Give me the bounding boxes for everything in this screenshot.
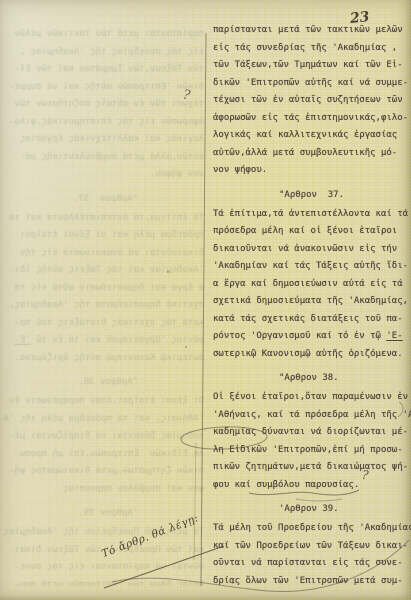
- text-line-bleed: σωτερικῷ Κανονισμῷ αὐτῆς ὁριζόμενα.: [0, 350, 204, 368]
- article-heading-bleed: "Αρθρον 37.: [0, 191, 204, 209]
- text-line: αὐτῶν,ἀλλά μετά συμβουλευτικῆς μό-: [213, 145, 410, 163]
- text-line: λογικάς καί καλλιτεχνικάς ἐργασίας: [213, 127, 410, 145]
- text-line: οῦνται νά παρίστανται εἰς τάς συνε-: [213, 555, 410, 573]
- text-line-bleed: πρόσεδρα μέλη καί οἱ ξένοι ἑταῖροι: [0, 227, 204, 245]
- text-line-bleed: δικαιοῦνται νά ἀνακοινῶσιν εἰς τήν: [0, 245, 204, 263]
- text-line: τῶν Τάξεων,τῶν Τμημάτων καί τῶν Εἰ-: [213, 57, 410, 75]
- text-line: 'Ακαδημίαν καί τάς Τάξεις αὐτῆς ἴδι-: [213, 258, 410, 276]
- text-line: καί τῶν Προεδρείων τῶν Τάξεων δικαι-: [213, 538, 410, 556]
- text-line-bleed: δρίας ὅλων τῶν 'Επιτροπῶν μετά συμ-: [0, 577, 204, 587]
- text-line: λη Εἰδικῶν 'Επιτροπῶν,ἐπί μή προσω-: [213, 442, 410, 460]
- text-line-bleed: λη Εἰδικῶν 'Επιτροπῶν,ἐπί μή προσω-: [0, 446, 204, 464]
- text-line: ἀφορωσῶν εἰς τάς ἐπιστημονικάς,φιλο-: [213, 110, 410, 128]
- text-line-bleed: εἰς τάς συνεδρίας τῆς 'Ακαδημίας ,: [0, 44, 204, 62]
- text-line-bleed: νον ψήφου.: [0, 166, 204, 184]
- text-line-bleed: Τά ἐπίτιμα,τά ἀντεπιστέλλοντα καί τά: [0, 210, 204, 228]
- text-line-bleed: σχετικά δημοσιεύματα τῆς 'Ακαδημίας,: [0, 297, 204, 315]
- text-line: 'Αθήναις, καί τά πρόσεδρα μέλη τῆς 'Α-: [213, 407, 410, 425]
- typewriter-underlined-text: 'Ε-: [14, 335, 30, 345]
- text-line-bleed: α ἔργα καί δημοσιεύωσιν αὐτά εἰς τά: [0, 280, 204, 298]
- text-line: δικῶν 'Επιτροπῶν αὐτῆς καί νά συμμε-: [213, 75, 410, 93]
- text-line: σωτερικῷ Κανονισμῷ αὐτῆς ὁριζόμενα.: [213, 346, 410, 364]
- scanned-page: παρίστανται μετά τῶν τακτικῶν μελῶνεἰς τ…: [0, 0, 411, 600]
- text-line-bleed: τέχωσι τῶν ἐν αὐταῖς συζητήσεων τῶν: [0, 96, 204, 114]
- text-line-bleed: δικῶν 'Επιτροπῶν αὐτῆς καί νά συμμε-: [0, 79, 204, 97]
- text-line: νον ψήφου.: [213, 162, 410, 180]
- text-line-bleed: λογικάς καί καλλιτεχνικάς ἐργασίας: [0, 131, 204, 149]
- text-line: παρίστανται μετά τῶν τακτικῶν μελῶν: [213, 22, 410, 40]
- text-line-bleed: οῦνται νά παρίστανται εἰς τάς συνε-: [0, 559, 204, 577]
- text-line: φου καί συμβόλου παρουσίας.: [213, 477, 410, 495]
- text-line-bleed: ἀφορωσῶν εἰς τάς ἐπιστημονικάς,φιλο-: [0, 114, 204, 132]
- text-line: δρίας ὅλων τῶν 'Επιτροπῶν μετά συμ-: [213, 573, 410, 591]
- text-line: Οἱ ξένοι ἑταῖροι,ὅταν παραμένωσιν ἐν: [213, 389, 410, 407]
- text-line: Τά ἐπίτιμα,τά ἀντεπιστέλλοντα καί τά: [213, 206, 410, 224]
- text-line-bleed: τῶν Τάξεων,τῶν Τμημάτων καί τῶν Εἰ-: [0, 61, 204, 79]
- text-line-bleed: 'Ακαδημίαν καί τάς Τάξεις αὐτῆς ἴδι-: [0, 262, 204, 280]
- text-line: εἰς τάς συνεδρίας τῆς 'Ακαδημίας ,: [213, 40, 410, 58]
- text-line: πρόσεδρα μέλη καί οἱ ξένοι ἑταῖροι: [213, 223, 410, 241]
- text-line-bleed: παρίστανται μετά τῶν τακτικῶν μελῶν: [0, 26, 204, 44]
- text-line-bleed: αὐτῶν,ἀλλά μετά συμβουλευτικῆς μό-: [0, 149, 204, 167]
- text-line: κατά τάς σχετικάς διατάξεις τοῦ πα-: [213, 311, 410, 329]
- text-line: α ἔργα καί δημοσιεύωσιν αὐτά εἰς τά: [213, 276, 410, 294]
- article-heading: "Αρθρον 38.: [213, 370, 410, 388]
- text-line-bleed: κατά τάς σχετικάς διατάξεις τοῦ πα-: [0, 315, 204, 333]
- text-line-bleed: φου καί συμβόλου παρουσίας.: [0, 481, 204, 499]
- text-line-bleed: πικῶν ζητημάτων,μετά δικαιώματος ψή-: [0, 463, 204, 481]
- article-heading: "Αρθρον 37.: [213, 187, 410, 205]
- text-line: πικῶν ζητημάτων,μετά δικαιώματος ψή-: [213, 459, 410, 477]
- text-line-bleed: ρόντος 'Οργανισμοῦ καί τό ἐν τῷ 'Ε-: [0, 332, 204, 350]
- text-line: τέχωσι τῶν ἐν αὐταῖς συζητήσεων τῶν: [213, 92, 410, 110]
- typewriter-underlined-text: 'Ε-: [386, 331, 402, 341]
- bleedthrough-text: παρίστανται μετά τῶν τακτικῶν μελῶνεἰς τ…: [0, 26, 204, 586]
- text-line: δικαιοῦνται νά ἀνακοινῶσιν εἰς τήν: [213, 241, 410, 259]
- article-heading-bleed: "Αρθρον 38.: [0, 374, 204, 392]
- text-line-bleed: καδημίας δύνανται νά διορίζωνται μέ-: [0, 428, 204, 446]
- text-line: Τά μέλη τοῦ Προεδρείου τῆς 'Ακαδημίας: [213, 520, 410, 538]
- text-line: ρόντος 'Οργανισμοῦ καί τό ἐν τῷ 'Ε-: [213, 328, 410, 346]
- text-line-bleed: Οἱ ξένοι ἑταῖροι,ὅταν παραμένωσιν ἐν: [0, 393, 204, 411]
- text-line: καδημίας δύνανται νά διορίζωνται μέ-: [213, 424, 410, 442]
- text-line-bleed: 'Αθήναις, καί τά πρόσεδρα μέλη τῆς 'Α-: [0, 411, 204, 429]
- text-line: σχετικά δημοσιεύματα τῆς 'Ακαδημίας,: [213, 293, 410, 311]
